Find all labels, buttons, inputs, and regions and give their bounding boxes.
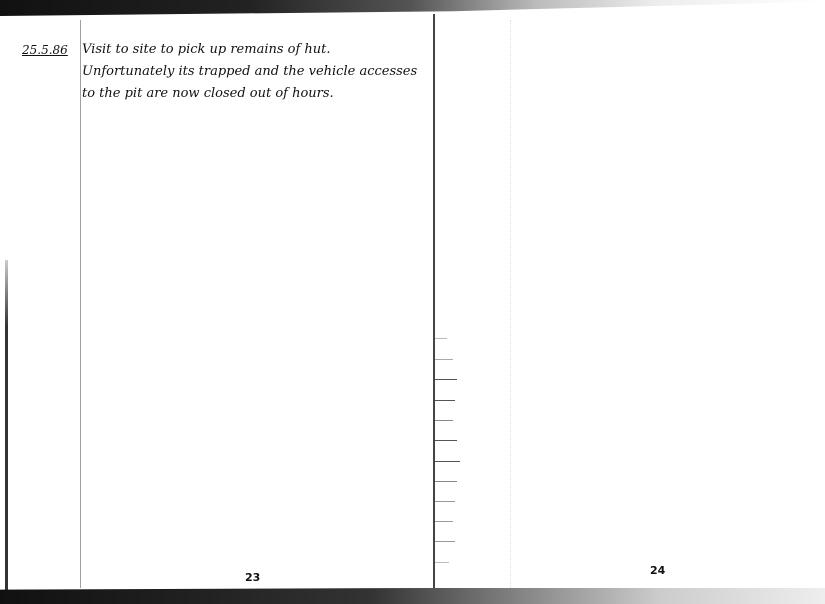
page-edge-left bbox=[5, 260, 8, 590]
tick-mark bbox=[435, 379, 457, 380]
entry-date: 25.5.86 bbox=[22, 40, 68, 60]
entry-line: to the pit are now closed out of hours. bbox=[82, 84, 334, 104]
tick-mark bbox=[435, 461, 460, 462]
margin-rule bbox=[80, 20, 81, 588]
tick-mark bbox=[435, 440, 457, 441]
page-number-right: 24 bbox=[650, 564, 665, 577]
tick-mark bbox=[435, 400, 455, 401]
tick-mark bbox=[435, 420, 453, 421]
tick-mark bbox=[435, 501, 455, 502]
tick-mark bbox=[435, 521, 453, 522]
tick-mark bbox=[435, 359, 453, 360]
entry-line: Unfortunately its trapped and the vehicl… bbox=[82, 62, 417, 82]
tick-mark bbox=[435, 562, 449, 563]
page-number-left: 23 bbox=[245, 571, 260, 584]
tick-mark bbox=[435, 481, 457, 482]
faint-ruling bbox=[510, 20, 512, 588]
entry-line: Visit to site to pick up remains of hut. bbox=[82, 40, 331, 60]
tick-mark bbox=[435, 541, 455, 542]
scan-shadow-top bbox=[0, 0, 825, 16]
tick-mark bbox=[435, 338, 447, 339]
scan-shadow-bottom bbox=[0, 588, 825, 604]
